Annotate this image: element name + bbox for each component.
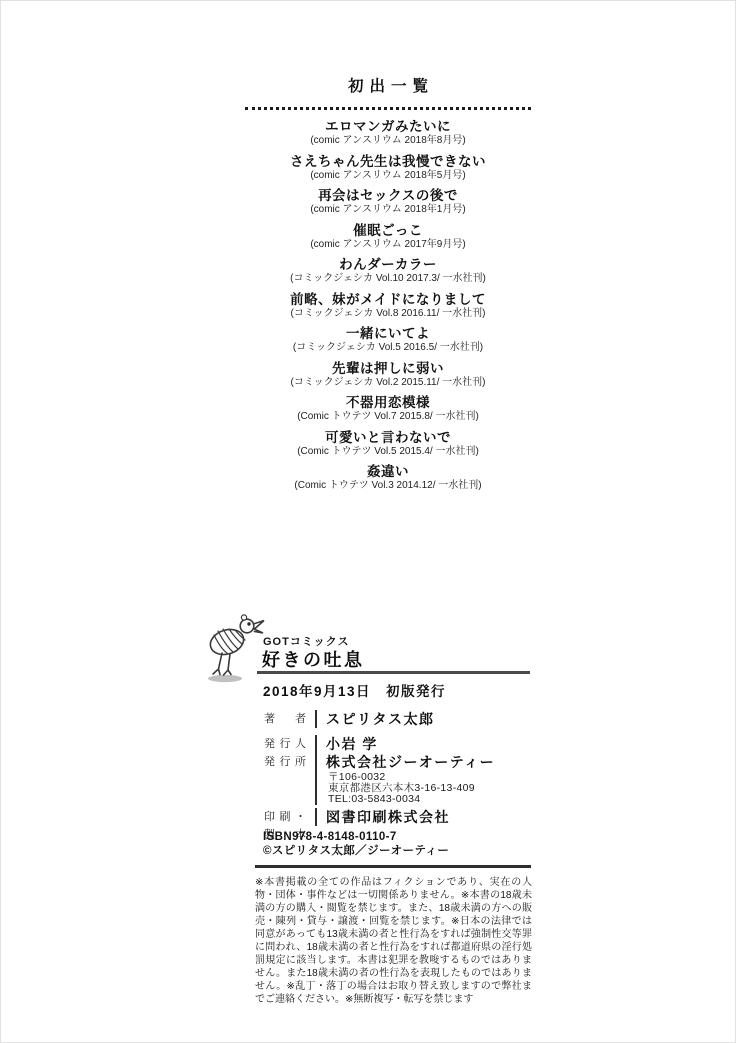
work-source: (comic アンスリウム 2018年5月号): [245, 170, 531, 183]
credit-label: 発行所: [264, 753, 306, 771]
list-item: エロマンガみたいに (comic アンスリウム 2018年8月号): [245, 119, 531, 148]
list-item: 先輩は押しに弱い (コミックジェシカ Vol.2 2015.11/ 一水社刊): [245, 361, 531, 390]
work-title: 一緒にいてよ: [245, 326, 531, 342]
legal-notice: ※本書掲載の全ての作品はフィクションであり、実在の人物・団体・事件などは一切関係…: [255, 876, 532, 1006]
list-item: 姦違い (Comic トウテツ Vol.3 2014.12/ 一水社刊): [245, 464, 531, 493]
work-source: (Comic トウテツ Vol.3 2014.12/ 一水社刊): [245, 480, 531, 493]
work-title: 再会はセックスの後で: [245, 188, 531, 204]
publisher-person-name: 小岩 学: [326, 735, 378, 753]
works-list: エロマンガみたいに (comic アンスリウム 2018年8月号) さえちゃん先…: [245, 119, 531, 493]
work-source: (コミックジェシカ Vol.8 2016.11/ 一水社刊): [245, 308, 531, 321]
credit-label: 著者: [264, 710, 306, 728]
title-underline: [257, 671, 530, 674]
isbn-number: ISBN978-4-8148-0110-7: [263, 831, 449, 845]
work-source: (Comic トウテツ Vol.7 2015.8/ 一水社刊): [245, 411, 531, 424]
work-title: 可愛いと言わないで: [245, 430, 531, 446]
work-title: 不器用恋模様: [245, 395, 531, 411]
list-item: 前略、妹がメイドになりまして (コミックジェシカ Vol.8 2016.11/ …: [245, 292, 531, 321]
work-source: (コミックジェシカ Vol.10 2017.3/ 一水社刊): [245, 273, 531, 286]
credit-row-publisher: 発行所 株式会社ジーオーティー 〒106-0032 東京都港区六本木3-16-1…: [264, 753, 530, 805]
book-title: 好きの吐息: [262, 646, 365, 672]
isbn-copyright: ISBN978-4-8148-0110-7 ©スピリタス太郎／ジーオーティー: [263, 831, 449, 858]
credit-row-publisher-person: 発行人 小岩 学: [264, 735, 530, 753]
list-item: 催眠ごっこ (comic アンスリウム 2017年9月号): [245, 223, 531, 252]
dotted-divider: [245, 107, 531, 110]
list-item: 再会はセックスの後で (comic アンスリウム 2018年1月号): [245, 188, 531, 217]
credit-label: 発行人: [264, 735, 306, 753]
work-title: さえちゃん先生は我慢できない: [245, 154, 531, 170]
work-source: (Comic トウテツ Vol.5 2015.4/ 一水社刊): [245, 446, 531, 459]
work-source: (コミックジェシカ Vol.2 2015.11/ 一水社刊): [245, 377, 531, 390]
colophon-page: 初出一覧 エロマンガみたいに (comic アンスリウム 2018年8月号) さ…: [0, 0, 736, 1043]
phone-number: TEL:03-5843-0034: [328, 794, 495, 805]
work-title: わんダーカラー: [245, 257, 531, 273]
first-publication-section: 初出一覧 エロマンガみたいに (comic アンスリウム 2018年8月号) さ…: [245, 74, 531, 499]
author-name: スピリタス太郎: [326, 710, 435, 728]
copyright-line: ©スピリタス太郎／ジーオーティー: [263, 845, 449, 859]
credit-row-author: 著者 スピリタス太郎: [264, 710, 530, 728]
list-item: 不器用恋模様 (Comic トウテツ Vol.7 2015.8/ 一水社刊): [245, 395, 531, 424]
edition-date: 2018年9月13日 初版発行: [263, 680, 446, 700]
work-source: (コミックジェシカ Vol.5 2016.5/ 一水社刊): [245, 342, 531, 355]
work-source: (comic アンスリウム 2018年8月号): [245, 135, 531, 148]
work-source: (comic アンスリウム 2017年9月号): [245, 239, 531, 252]
work-title: エロマンガみたいに: [245, 119, 531, 135]
credits-table: 著者 スピリタス太郎 発行人 小岩 学 発行所 株式会社ジーオーティー 〒106…: [264, 710, 530, 844]
printer-name: 図書印刷株式会社: [326, 808, 450, 826]
work-title: 前略、妹がメイドになりまして: [245, 292, 531, 308]
list-item: わんダーカラー (コミックジェシカ Vol.10 2017.3/ 一水社刊): [245, 257, 531, 286]
publisher-name: 株式会社ジーオーティー: [326, 753, 495, 771]
work-title: 催眠ごっこ: [245, 223, 531, 239]
section-title: 初出一覧: [245, 74, 531, 96]
work-title: 姦違い: [245, 464, 531, 480]
list-item: 可愛いと言わないで (Comic トウテツ Vol.5 2015.4/ 一水社刊…: [245, 430, 531, 459]
bird-sketch-logo: [201, 611, 267, 685]
list-item: さえちゃん先生は我慢できない (comic アンスリウム 2018年5月号): [245, 154, 531, 183]
work-source: (comic アンスリウム 2018年1月号): [245, 204, 531, 217]
legal-divider: [255, 865, 531, 868]
work-title: 先輩は押しに弱い: [245, 361, 531, 377]
publisher-address: 〒106-0032 東京都港区六本木3-16-13-409 TEL:03-584…: [326, 771, 495, 805]
list-item: 一緒にいてよ (コミックジェシカ Vol.5 2016.5/ 一水社刊): [245, 326, 531, 355]
